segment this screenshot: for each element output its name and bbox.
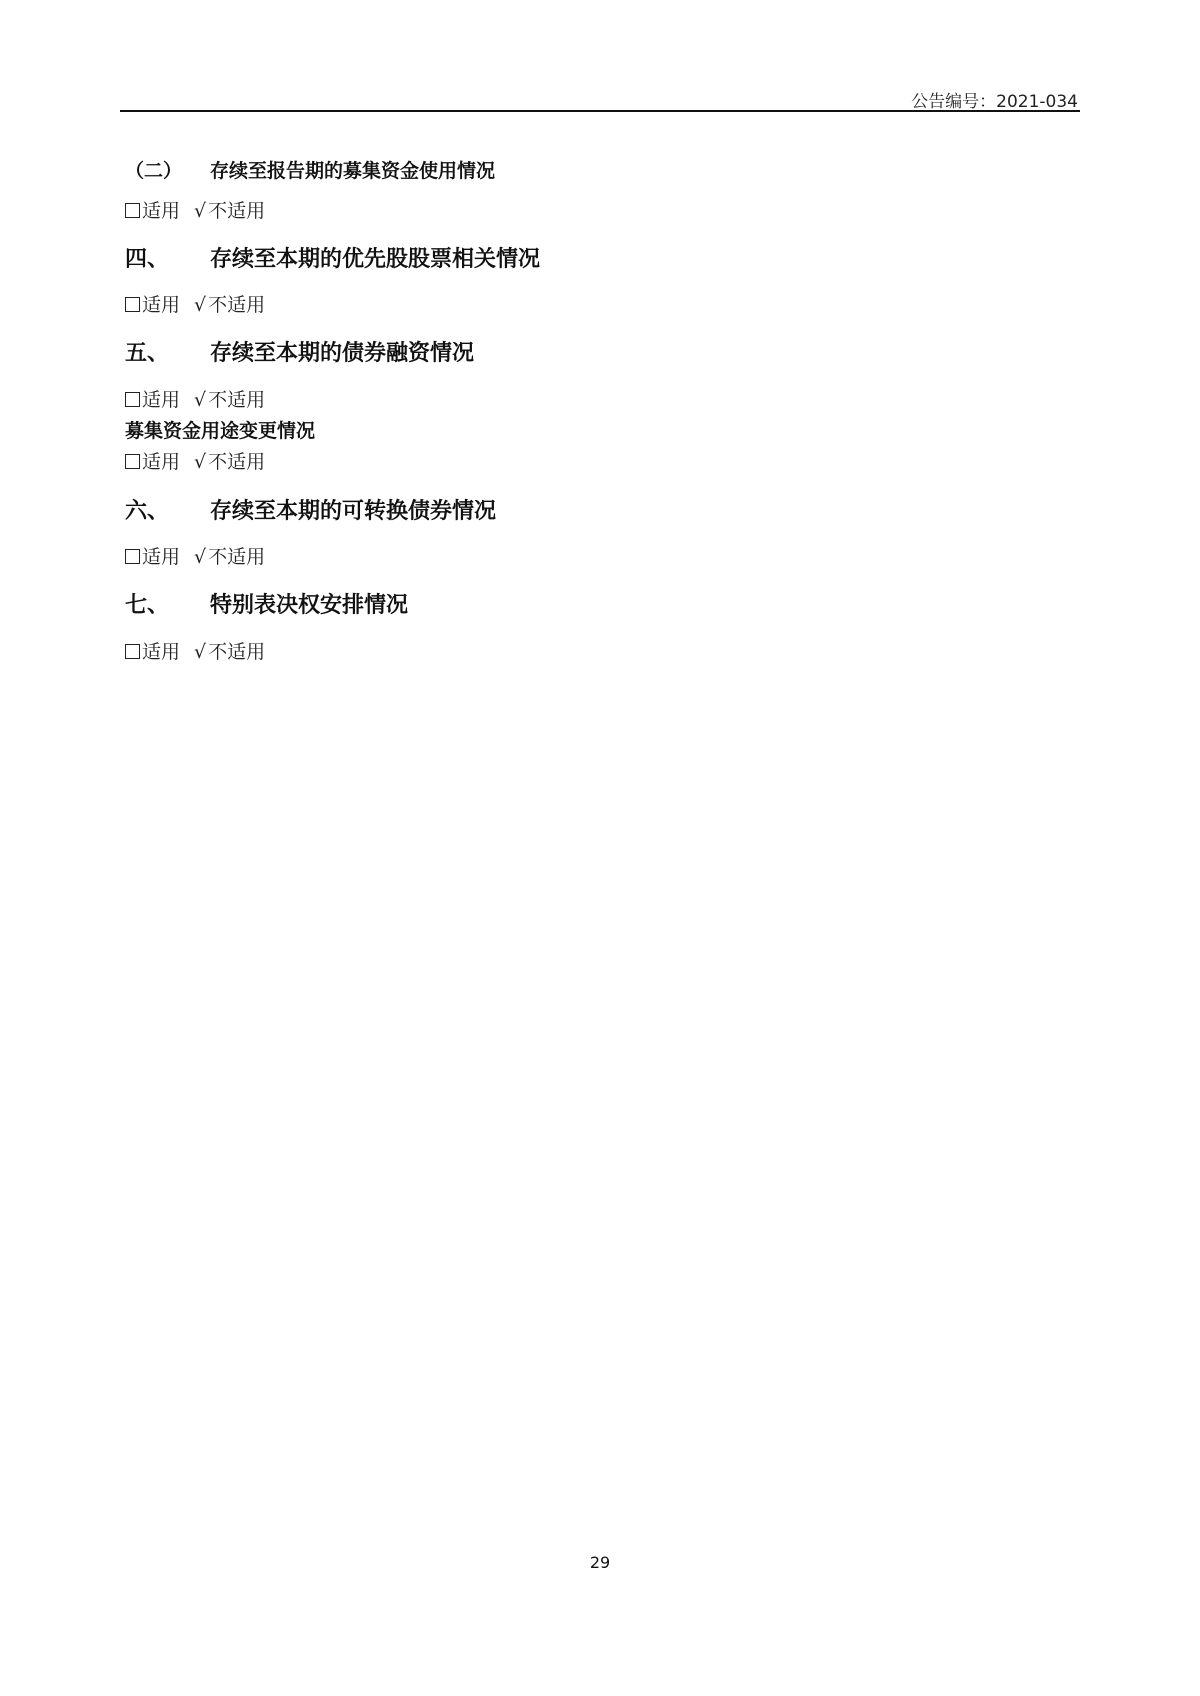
unchecked-box-icon (125, 454, 140, 469)
not-applicable-label: 不适用 (208, 200, 265, 222)
not-applicable-label: 不适用 (208, 451, 265, 473)
check-mark-icon: √ (194, 200, 206, 222)
not-applicable-label: 不适用 (208, 641, 265, 663)
applicability-row: 适用√不适用 (125, 542, 265, 569)
section-heading-7: 七、特别表决权安排情况 (125, 588, 408, 619)
applicable-label: 适用 (142, 451, 180, 473)
section-number: 四、 (125, 242, 210, 273)
check-mark-icon: √ (194, 389, 206, 411)
section-title: 存续至本期的债券融资情况 (210, 341, 474, 366)
section-number: 七、 (125, 588, 210, 619)
check-mark-icon: √ (194, 451, 206, 473)
announcement-number: 公告编号：2021-034 (911, 87, 1078, 112)
section-number: 五、 (125, 336, 210, 367)
header-rule (120, 110, 1080, 112)
section-heading-4: 四、存续至本期的优先股股票相关情况 (125, 242, 540, 273)
check-mark-icon: √ (194, 546, 206, 568)
applicable-label: 适用 (142, 641, 180, 663)
applicability-row: 适用√不适用 (125, 290, 265, 317)
section-title: 存续至本期的优先股股票相关情况 (210, 247, 540, 272)
unchecked-box-icon (125, 644, 140, 659)
unchecked-box-icon (125, 297, 140, 312)
check-mark-icon: √ (194, 641, 206, 663)
section-heading-2: （二）存续至报告期的募集资金使用情况 (125, 156, 495, 183)
check-mark-icon: √ (194, 294, 206, 316)
section-heading-6: 六、存续至本期的可转换债券情况 (125, 494, 496, 525)
applicability-row: 适用√不适用 (125, 385, 265, 412)
unchecked-box-icon (125, 203, 140, 218)
applicability-row: 适用√不适用 (125, 196, 265, 223)
subsection-heading: 募集资金用途变更情况 (125, 416, 315, 443)
section-number: （二） (125, 156, 210, 183)
applicable-label: 适用 (142, 200, 180, 222)
not-applicable-label: 不适用 (208, 294, 265, 316)
section-number: 六、 (125, 494, 210, 525)
section-title: 存续至本期的可转换债券情况 (210, 499, 496, 524)
applicable-label: 适用 (142, 389, 180, 411)
applicability-row: 适用√不适用 (125, 637, 265, 664)
not-applicable-label: 不适用 (208, 546, 265, 568)
unchecked-box-icon (125, 549, 140, 564)
not-applicable-label: 不适用 (208, 389, 265, 411)
section-title: 特别表决权安排情况 (210, 593, 408, 618)
unchecked-box-icon (125, 392, 140, 407)
applicability-row: 适用√不适用 (125, 447, 265, 474)
applicable-label: 适用 (142, 546, 180, 568)
section-heading-5: 五、存续至本期的债券融资情况 (125, 336, 474, 367)
section-title: 存续至报告期的募集资金使用情况 (210, 160, 495, 182)
applicable-label: 适用 (142, 294, 180, 316)
page-number: 29 (0, 1553, 1200, 1572)
